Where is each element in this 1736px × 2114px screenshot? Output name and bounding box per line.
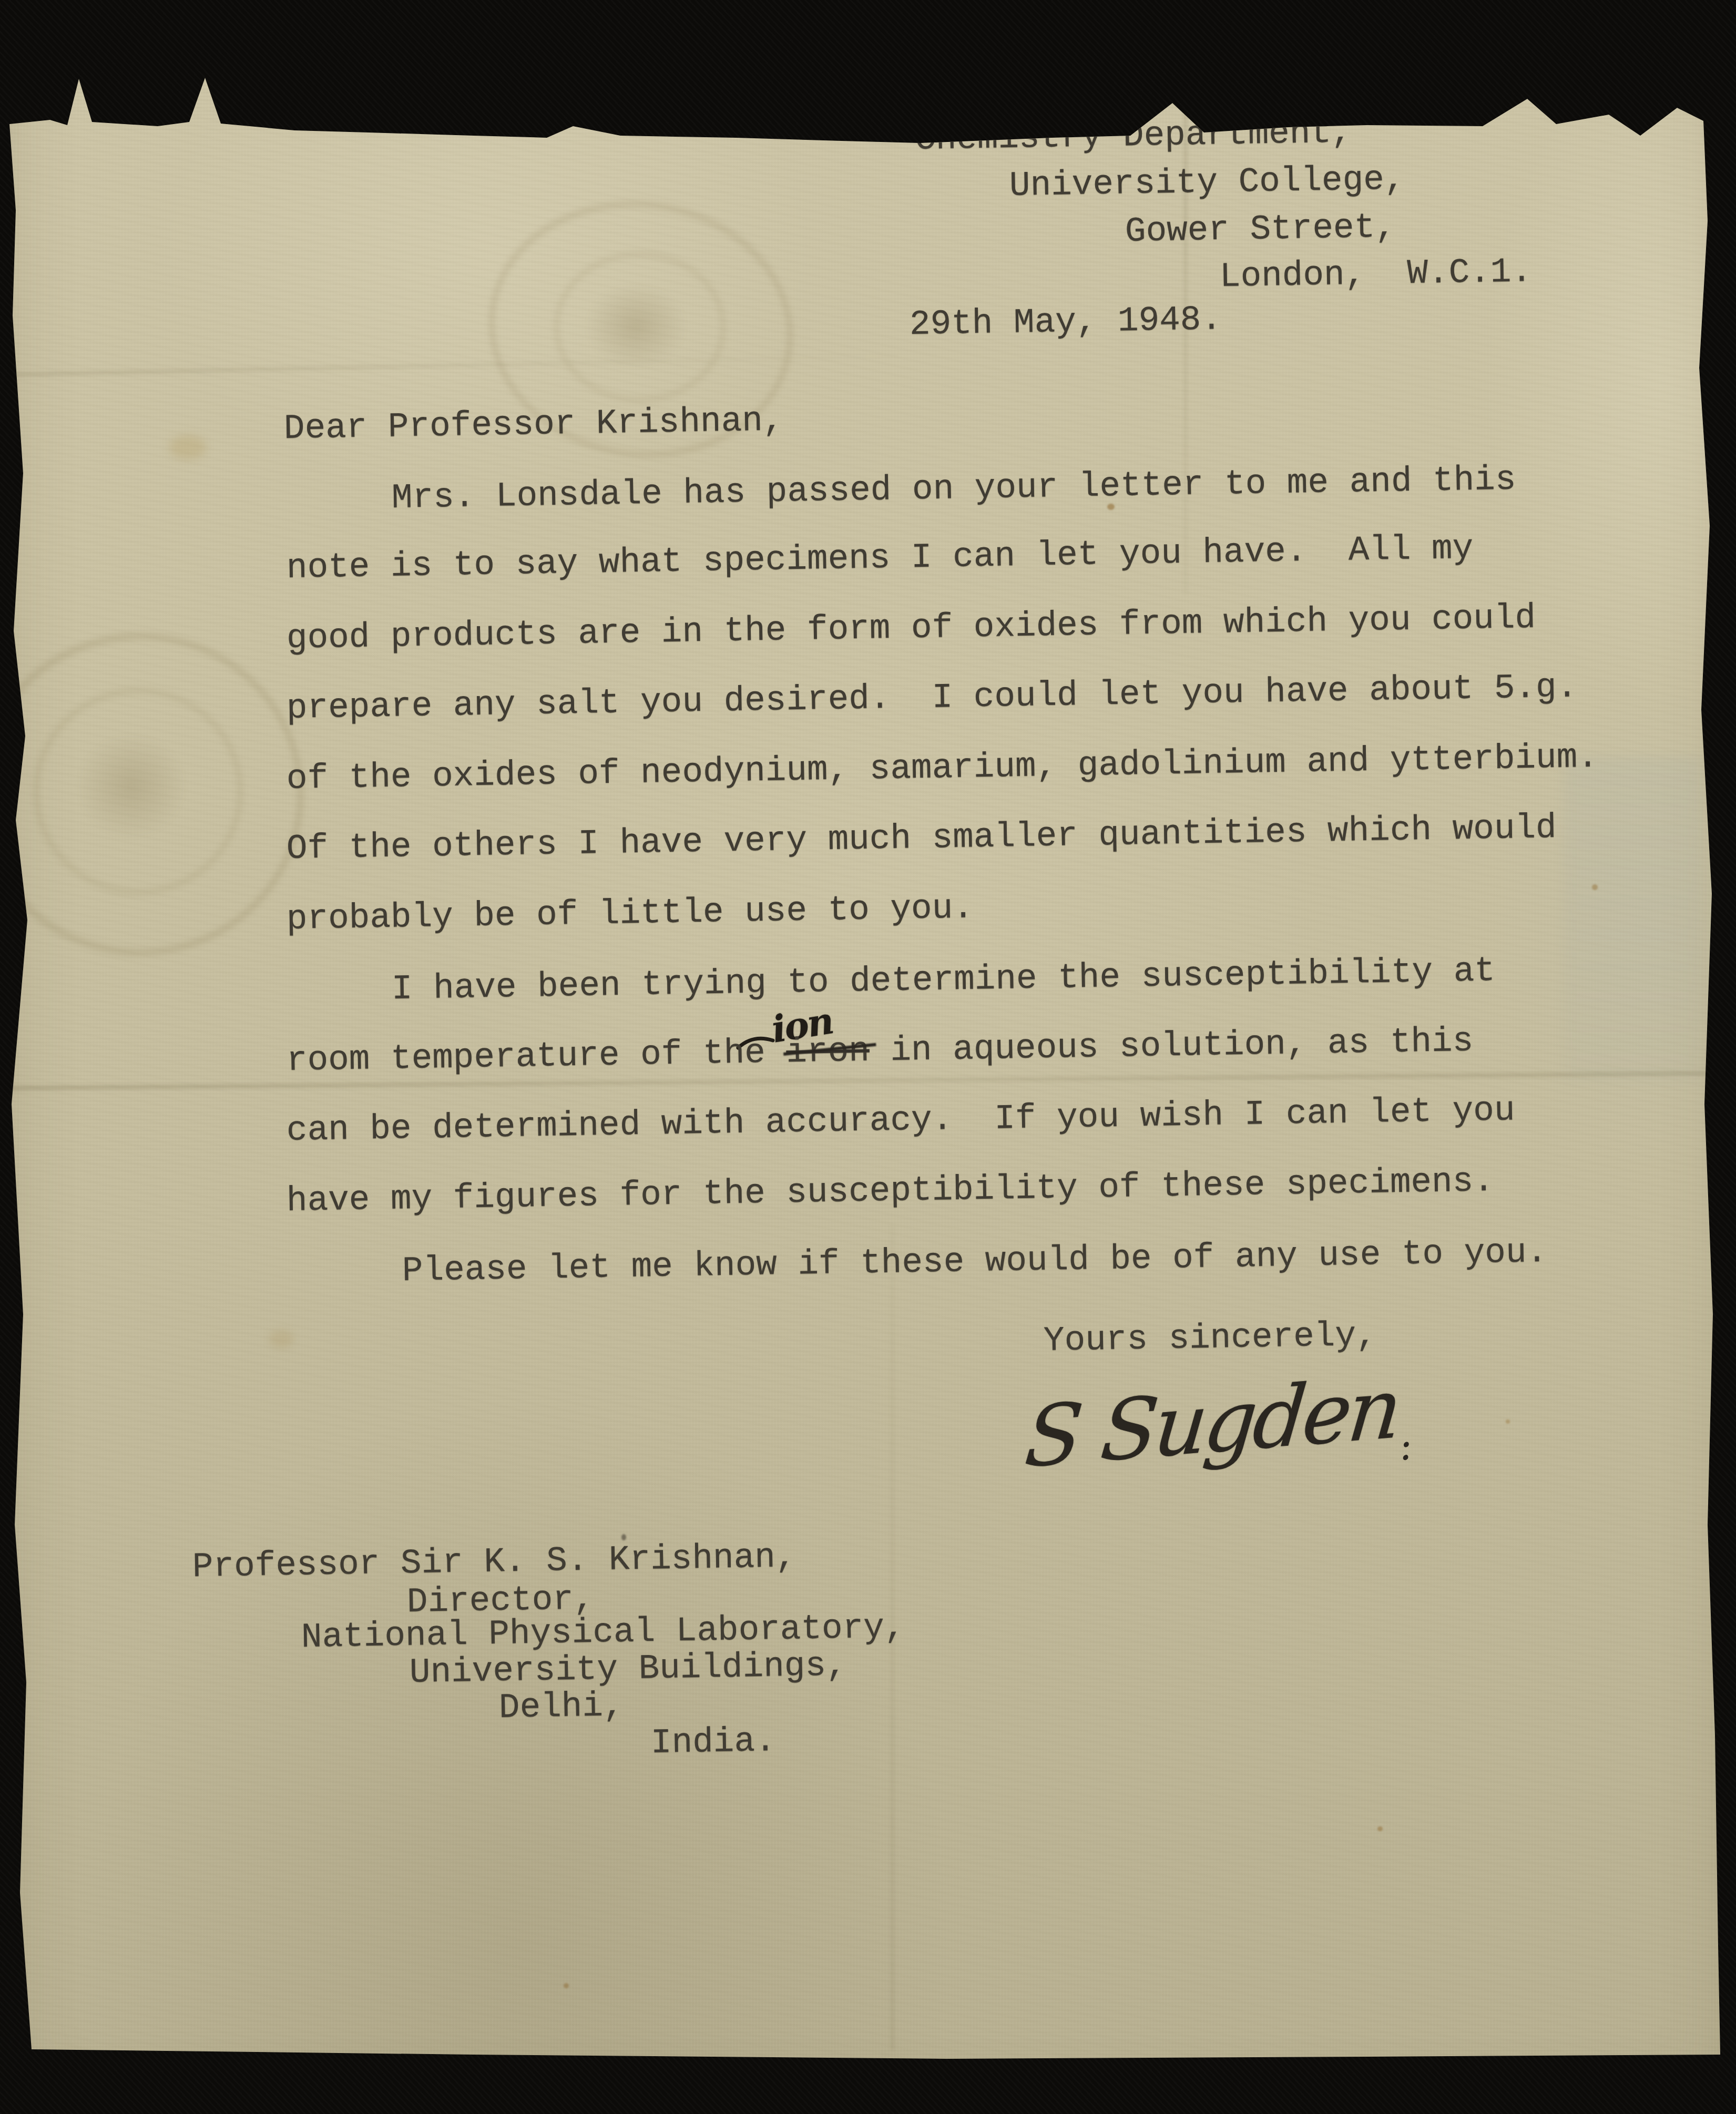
- paper-stain: [269, 1330, 293, 1348]
- letterhead-line-3: Gower Street,: [1125, 210, 1396, 249]
- foxing-speck: [1377, 1826, 1383, 1831]
- ink-bleedthrough-patch: [1564, 757, 1701, 1083]
- recipient-line: University Buildings,: [409, 1648, 847, 1690]
- paper-stain: [169, 435, 206, 459]
- recipient-line: India.: [650, 1724, 776, 1761]
- postmark-stamp-left-smudge: [63, 720, 200, 852]
- ink-speck: [621, 1534, 626, 1540]
- foxing-speck: [1506, 1419, 1510, 1424]
- letterhead-line-4: London, W.C.1.: [1219, 254, 1532, 294]
- foxing-speck: [564, 1983, 569, 1988]
- salutation: Dear Professor Krishnan,: [283, 403, 784, 446]
- struck-out-word: iron: [786, 1032, 870, 1073]
- postmark-stamp-top-smudge: [573, 273, 699, 379]
- recipient-line: Professor Sir K. S. Krishnan,: [192, 1540, 796, 1585]
- letterhead-line-2: University College,: [1009, 162, 1405, 203]
- recipient-line: Delhi,: [498, 1689, 624, 1725]
- letter-paper-sheet: Chemistry Department, University College…: [0, 0, 1736, 2114]
- closing: Yours sincerely,: [1043, 1318, 1377, 1358]
- letter-date: 29th May, 1948.: [909, 302, 1222, 342]
- body-line-prefix: room temperature of the: [286, 1033, 787, 1080]
